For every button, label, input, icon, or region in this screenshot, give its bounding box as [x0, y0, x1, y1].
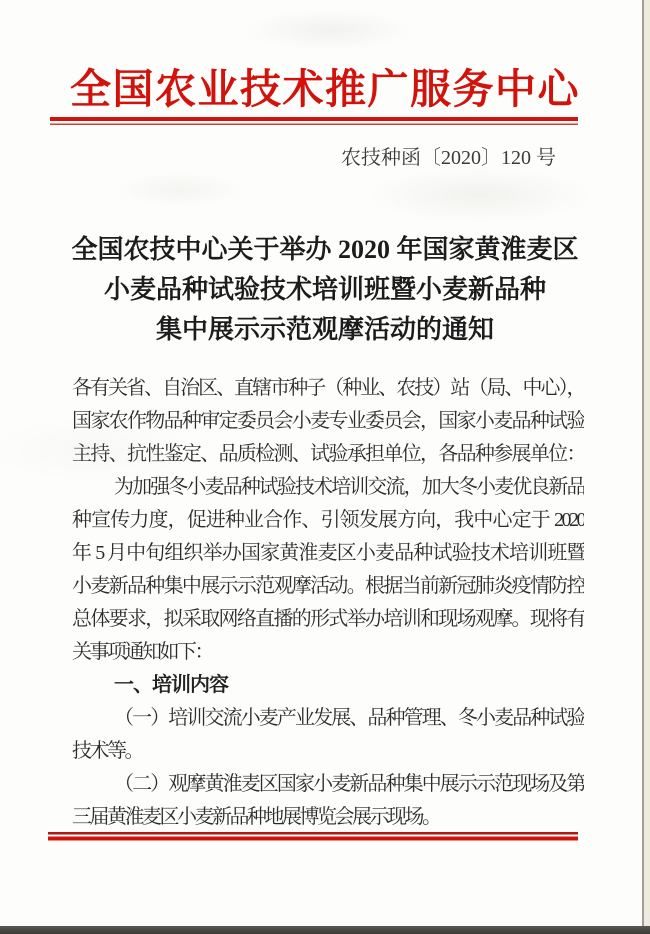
letterhead-divider	[50, 117, 578, 126]
body-line: 总体要求，拟采取网络直播的形式举办培训和现场观摩。现将有	[72, 603, 584, 636]
body-line: 为加强冬小麦品种试验技术培训交流，加大冬小麦优良新品	[72, 471, 584, 504]
body-line: 国家农作物品种审定委员会小麦专业委员会，国家小麦品种试验	[72, 405, 584, 438]
body-line: 技术等。	[72, 735, 584, 768]
scan-page-edge-right	[642, 0, 650, 934]
recipients-paragraph: 各有关省、自治区、直辖市种子（种业、农技）站（局、中心）， 国家农作物品种审定委…	[72, 372, 584, 471]
body-line: 三届黄淮麦区小麦新品种地展博览会展示现场。	[72, 801, 584, 834]
body-line: 各有关省、自治区、直辖市种子（种业、农技）站（局、中心），	[72, 372, 584, 405]
notice-body: 各有关省、自治区、直辖市种子（种业、农技）站（局、中心）， 国家农作物品种审定委…	[0, 372, 650, 834]
section-heading: 一、培训内容	[72, 669, 584, 702]
notice-title-line: 全国农技中心关于举办 2020 年国家黄淮麦区	[0, 230, 650, 270]
scanned-notice-page: 全国农业技术推广服务中心 农技种函〔2020〕120 号 全国农技中心关于举办 …	[0, 0, 650, 934]
body-line: （二）观摩黄淮麦区国家小麦新品种集中展示示范现场及第	[72, 768, 584, 801]
body-line: 关事项通知如下：	[72, 636, 584, 669]
body-line: 种宣传力度，促进种业合作、引领发展方向，我中心定于 2020	[72, 504, 584, 537]
body-line: （一）培训交流小麦产业发展、品种管理、冬小麦品种试验	[72, 702, 584, 735]
list-item-paragraph: （一）培训交流小麦产业发展、品种管理、冬小麦品种试验 技术等。	[72, 702, 584, 768]
body-line: 主持、抗性鉴定、品质检测、试验承担单位，各品种参展单位：	[72, 438, 584, 471]
intro-paragraph: 为加强冬小麦品种试验技术培训交流，加大冬小麦优良新品 种宣传力度，促进种业合作、…	[72, 471, 584, 669]
document-number: 农技种函〔2020〕120 号	[0, 146, 650, 170]
scan-page-edge-bottom	[0, 926, 650, 934]
body-line: 年 5 月中旬组织举办国家黄淮麦区小麦品种试验技术培训班暨	[72, 537, 584, 570]
list-item-paragraph: （二）观摩黄淮麦区国家小麦新品种集中展示示范现场及第 三届黄淮麦区小麦新品种地展…	[72, 768, 584, 834]
notice-title-line: 集中展示示范观摩活动的通知	[0, 310, 650, 350]
notice-title: 全国农技中心关于举办 2020 年国家黄淮麦区 小麦品种试验技术培训班暨小麦新品…	[0, 230, 650, 350]
org-letterhead: 全国农业技术推广服务中心	[0, 66, 650, 112]
notice-title-line: 小麦品种试验技术培训班暨小麦新品种	[0, 270, 650, 310]
body-line: 小麦新品种集中展示示范观摩活动。根据当前新冠肺炎疫情防控	[72, 570, 584, 603]
